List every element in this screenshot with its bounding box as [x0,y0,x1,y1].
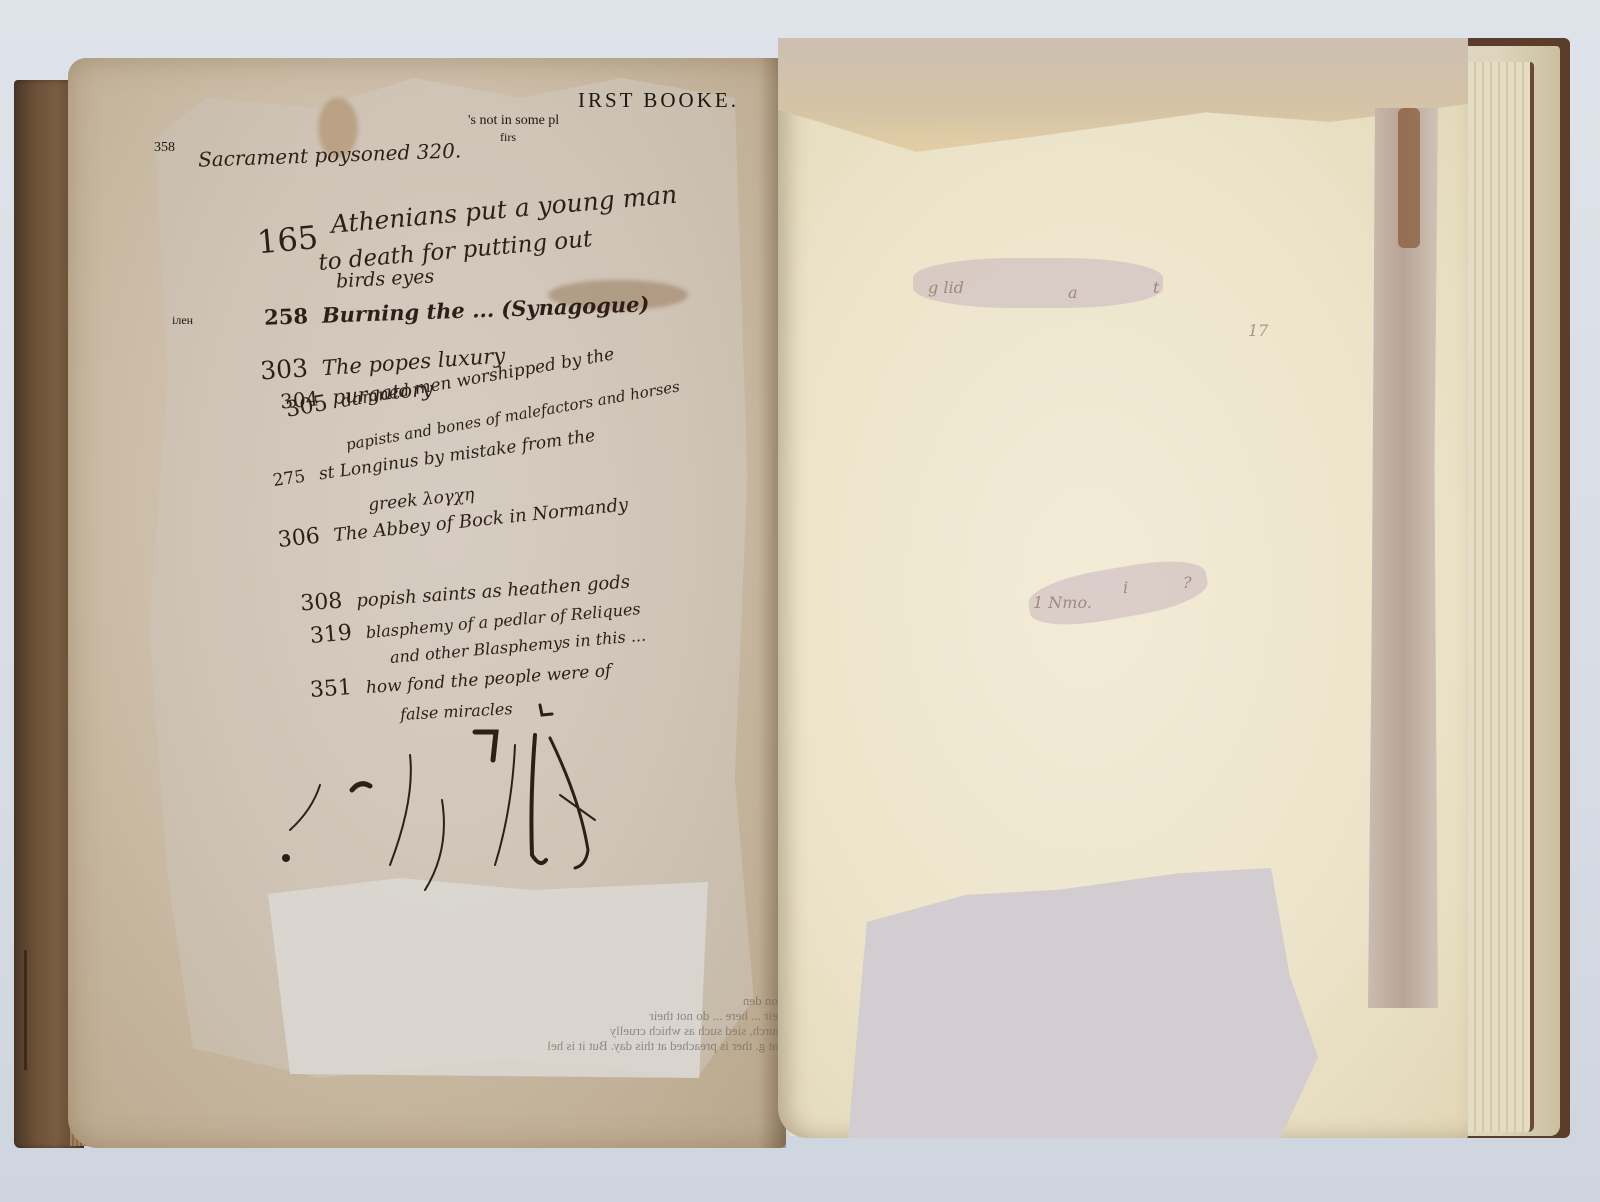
pen-doodle [250,690,610,920]
ghost-handwriting: 1 Nmo. [1033,593,1092,612]
fore-edge-pages [1468,62,1534,1132]
ghost-handwriting: t [1153,278,1159,297]
ghost-handwriting: i [1123,578,1128,597]
ghost-handwriting: g lid [928,278,964,297]
printed-text-fragment: firs [500,130,516,145]
running-head: IRST BOOKE. [578,88,739,113]
ghost-handwriting: a [1068,283,1078,302]
ghost-handwriting: 17 [1248,321,1268,340]
right-page-endleaf: g lid a t 17 1 Nmo. i ? [778,38,1468,1138]
left-page: 358 IRST BOOKE. 's not in some pl firs і… [68,58,786,1148]
book-photograph: 358 IRST BOOKE. 's not in some pl firs і… [0,0,1600,1202]
printed-text-fragment: 's not in some pl [468,113,559,129]
rust-stain [1398,108,1420,248]
pasted-paper-patch-bottom [848,868,1318,1138]
printed-margin-fragment: ілен [172,313,193,328]
water-stain-top [778,38,1468,158]
mirrored-offset-print: mon den their ... here ... do not their … [368,993,788,1053]
folio-number: 358 [154,140,175,156]
ghost-handwriting: ? [1183,573,1192,592]
spine-tooling-mark [24,950,45,1070]
